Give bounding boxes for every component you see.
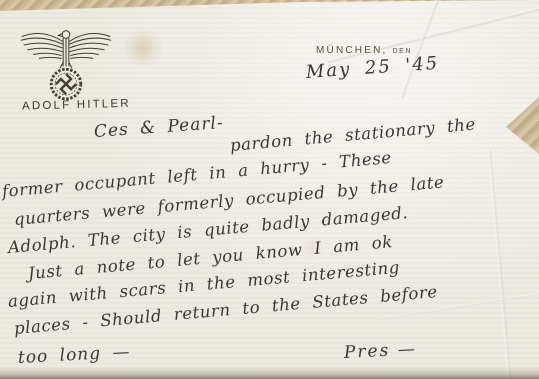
photo-frame: ADOLF HITLER MÜNCHEN, DEN May 25 '45 Ces… — [0, 0, 539, 379]
letterhead-place-city: MÜNCHEN, — [316, 45, 388, 56]
swastika-icon — [56, 74, 76, 94]
eagle-head — [58, 31, 71, 68]
eagle-emblem-icon — [18, 24, 114, 106]
letterhead-place: MÜNCHEN, DEN — [316, 45, 412, 56]
letter-signature: Pres — — [343, 339, 417, 363]
